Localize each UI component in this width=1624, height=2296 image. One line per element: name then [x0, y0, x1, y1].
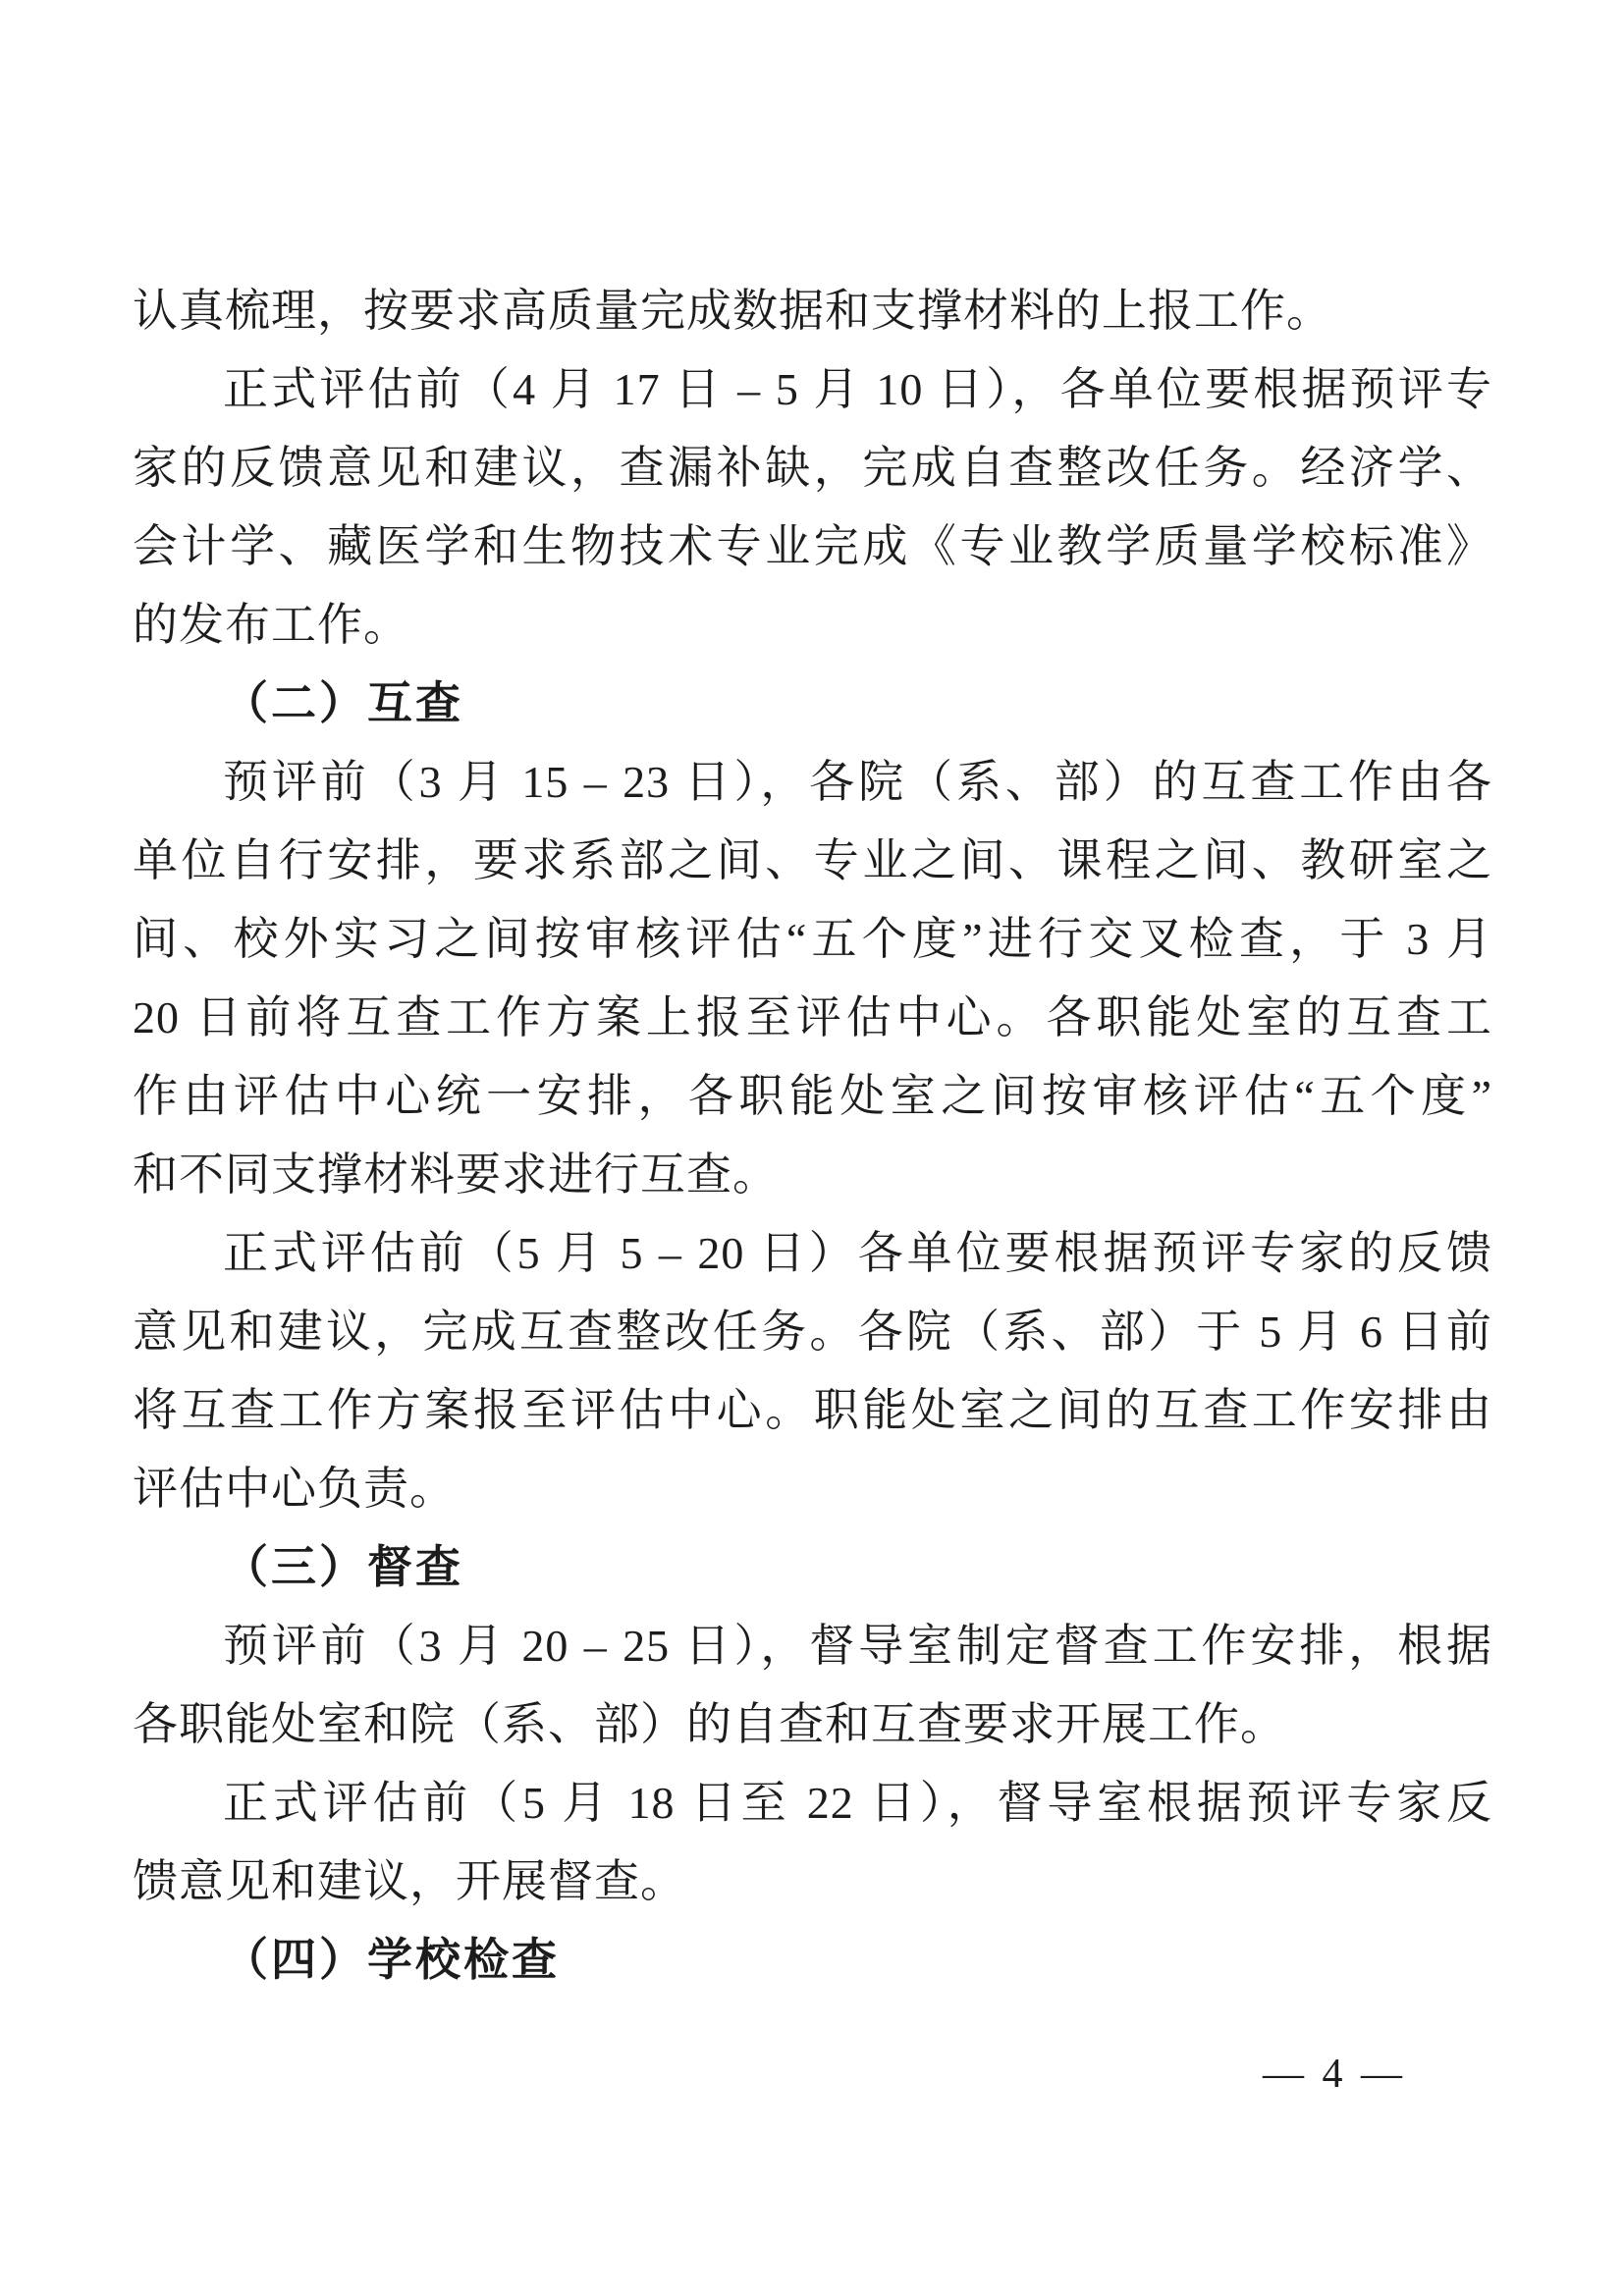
- body-line: 间、校外实习之间按审核评估“五个度”进行交叉检查，于 3 月: [133, 900, 1492, 979]
- body-line: 会计学、藏医学和生物技术专业完成《专业教学质量学校标准》: [133, 507, 1492, 586]
- body-line: 单位自行安排，要求系部之间、专业之间、课程之间、教研室之: [133, 822, 1492, 900]
- section-heading-supervision: （三）督查: [133, 1528, 1492, 1607]
- section-heading-mutual-check: （二）互查: [133, 665, 1492, 743]
- document-page: 认真梳理，按要求高质量完成数据和支撑材料的上报工作。 正式评估前（4 月 17 …: [0, 0, 1624, 2296]
- body-line: 各职能处室和院（系、部）的自查和互查要求开展工作。: [133, 1685, 1492, 1764]
- body-line: 作由评估中心统一安排，各职能处室之间按审核评估“五个度”: [133, 1057, 1492, 1136]
- body-line: 家的反馈意见和建议，查漏补缺，完成自查整改任务。经济学、: [133, 429, 1492, 507]
- body-line: 20 日前将互查工作方案上报至评估中心。各职能处室的互查工: [133, 979, 1492, 1057]
- section-heading-school-inspection: （四）学校检查: [133, 1921, 1492, 2000]
- body-line: 正式评估前（5 月 5 – 20 日）各单位要根据预评专家的反馈: [133, 1214, 1492, 1293]
- body-line: 和不同支撑材料要求进行互查。: [133, 1136, 1492, 1214]
- body-line: 评估中心负责。: [133, 1450, 1492, 1528]
- body-line: 意见和建议，完成互查整改任务。各院（系、部）于 5 月 6 日前: [133, 1293, 1492, 1371]
- body-line: 预评前（3 月 15 – 23 日），各院（系、部）的互查工作由各: [133, 743, 1492, 822]
- body-line: 的发布工作。: [133, 586, 1492, 665]
- body-line: 正式评估前（5 月 18 日至 22 日），督导室根据预评专家反: [133, 1764, 1492, 1842]
- body-line: 预评前（3 月 20 – 25 日），督导室制定督查工作安排，根据: [133, 1607, 1492, 1685]
- page-number: — 4 —: [1263, 2045, 1406, 2104]
- body-line: 将互查工作方案报至评估中心。职能处室之间的互查工作安排由: [133, 1371, 1492, 1450]
- body-line: 认真梳理，按要求高质量完成数据和支撑材料的上报工作。: [133, 272, 1492, 350]
- body-line: 馈意见和建议，开展督查。: [133, 1842, 1492, 1921]
- body-line: 正式评估前（4 月 17 日 – 5 月 10 日），各单位要根据预评专: [133, 350, 1492, 429]
- document-body: 认真梳理，按要求高质量完成数据和支撑材料的上报工作。 正式评估前（4 月 17 …: [133, 272, 1492, 2000]
